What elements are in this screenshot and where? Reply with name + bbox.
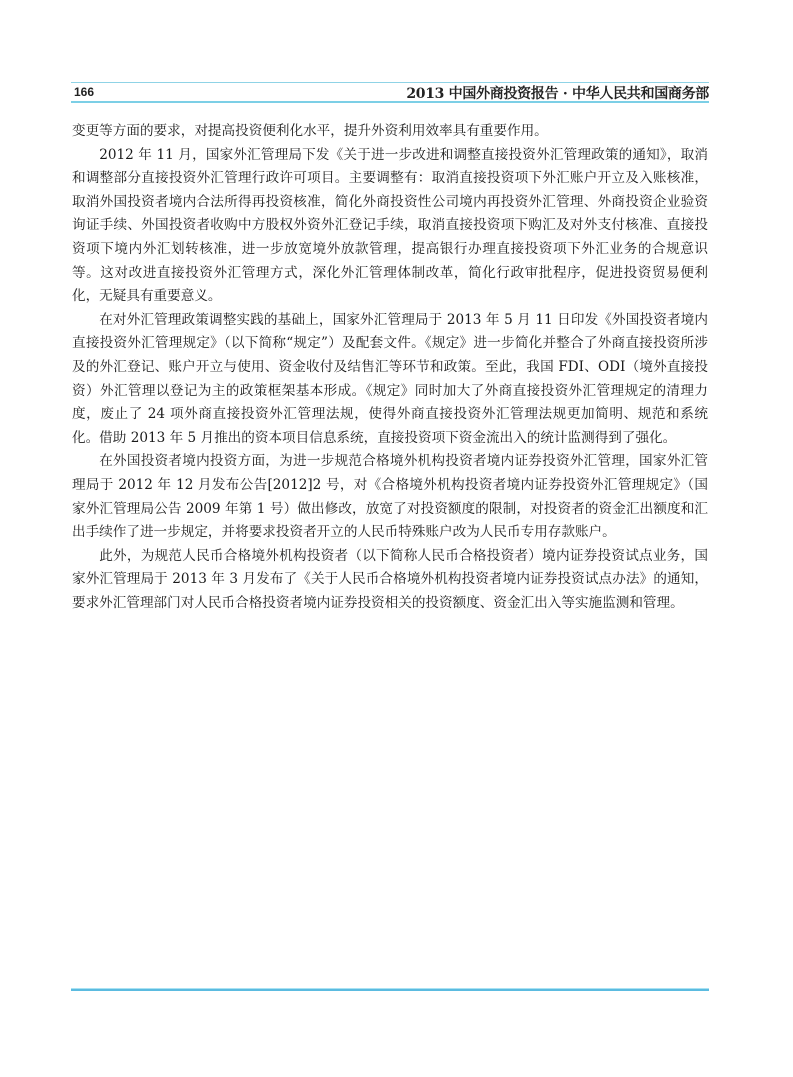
header-bottom-rule [71,101,709,103]
paragraph: 此外，为规范人民币合格境外机构投资者（以下简称人民币合格投资者）境内证券投资试点… [72,545,708,616]
paragraph: 在外国投资者境内投资方面，为进一步规范合格境外机构投资者境内证券投资外汇管理，国… [72,450,708,544]
running-header: 166 2013 中国外商投资报告 · 中华人民共和国商务部 [71,84,709,101]
paragraph-continued: 变更等方面的要求，对提高投资便利化水平，提升外资利用效率具有重要作用。 [72,120,708,144]
body-text: 变更等方面的要求，对提高投资便利化水平，提升外资利用效率具有重要作用。 2012… [72,120,708,615]
footer-rule [71,988,709,991]
paragraph: 在对外汇管理政策调整实践的基础上，国家外汇管理局于 2013 年 5 月 11 … [72,309,708,451]
page-number: 166 [74,85,94,99]
running-header-title: 2013 中国外商投资报告 · 中华人民共和国商务部 [406,83,709,103]
paragraph: 2012 年 11 月，国家外汇管理局下发《关于进一步改进和调整直接投资外汇管理… [72,144,708,309]
document-page: 166 2013 中国外商投资报告 · 中华人民共和国商务部 变更等方面的要求，… [0,0,793,1077]
